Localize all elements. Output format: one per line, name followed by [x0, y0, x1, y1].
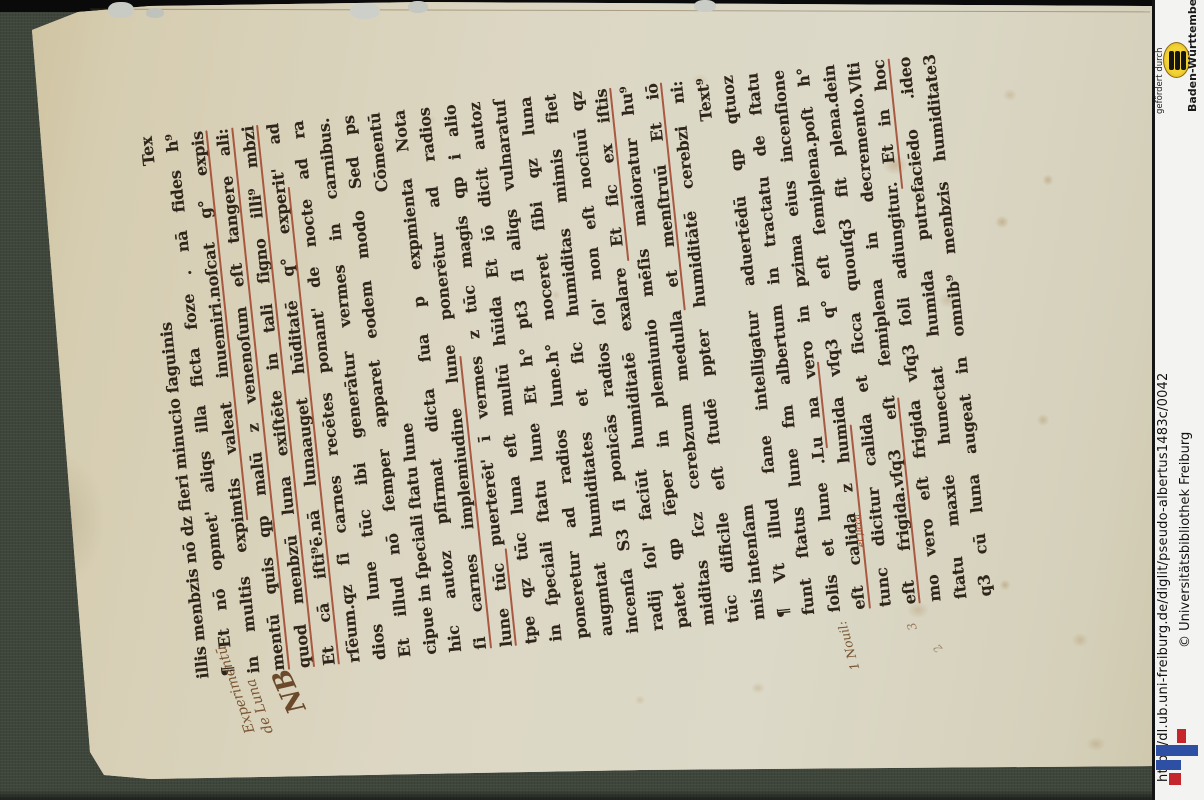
- scan-bottom-shadow: [0, 790, 1152, 800]
- logo-blue-bar: [1156, 745, 1198, 756]
- tape-fragment: [350, 3, 380, 19]
- tape-fragment: [146, 8, 164, 18]
- printed-text-column: illis menbzis nō dz fieri minucio ſaguin…: [134, 53, 999, 680]
- logo-red-block: [1169, 773, 1181, 785]
- lion-mark: [1169, 51, 1174, 70]
- copyright-notice: © Universitätsbibliothek Freiburg: [1178, 318, 1193, 648]
- lion-mark: [1175, 51, 1180, 70]
- digitized-manuscript-scan: illis menbzis nō dz fieri minucio ſaguin…: [0, 0, 1204, 800]
- logo-blue-bar: [1156, 760, 1181, 770]
- rotated-text-block: illis menbzis nō dz fieri minucio ſaguin…: [134, 53, 1000, 680]
- logo-red-block: [1177, 729, 1186, 743]
- lion-mark: [1181, 51, 1186, 70]
- tape-fragment: [408, 1, 428, 13]
- tape-fragment: [694, 0, 716, 12]
- tape-fragment: [108, 2, 134, 18]
- funding-region-label: Baden-Württemberg: [1186, 8, 1199, 112]
- section-marker: Tex: [134, 135, 162, 167]
- source-url: http://dl.ub.uni-freiburg.de/diglit/pseu…: [1156, 142, 1171, 782]
- photo-area: illis menbzis nō dz fieri minucio ſaguin…: [0, 0, 1152, 800]
